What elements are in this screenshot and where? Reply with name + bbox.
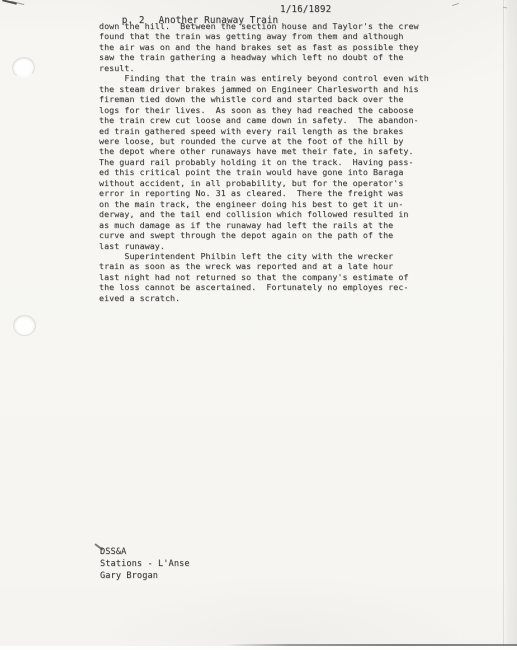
- footer-annotation: DSS&A Stations - L'Anse Gary Brogan: [100, 546, 190, 583]
- paragraph: down the hill. Between the section house…: [99, 21, 429, 73]
- pen-mark-icon: [2, 0, 17, 5]
- scanned-document-page: p. 2Another Runaway Train 1/16/1892 down…: [0, 0, 517, 650]
- scan-edge-margin: [0, 646, 517, 650]
- punch-hole: [11, 56, 37, 80]
- paper-edge-shadow: [503, 0, 517, 650]
- paragraph: Superintendent Philbin left the city wit…: [99, 251, 429, 303]
- paragraph: Finding that the train was entirely beyo…: [99, 73, 429, 251]
- document-body: down the hill. Between the section house…: [99, 21, 429, 303]
- scan-speck: [452, 3, 459, 6]
- document-date: 1/16/1892: [280, 4, 331, 15]
- punch-hole: [13, 315, 36, 336]
